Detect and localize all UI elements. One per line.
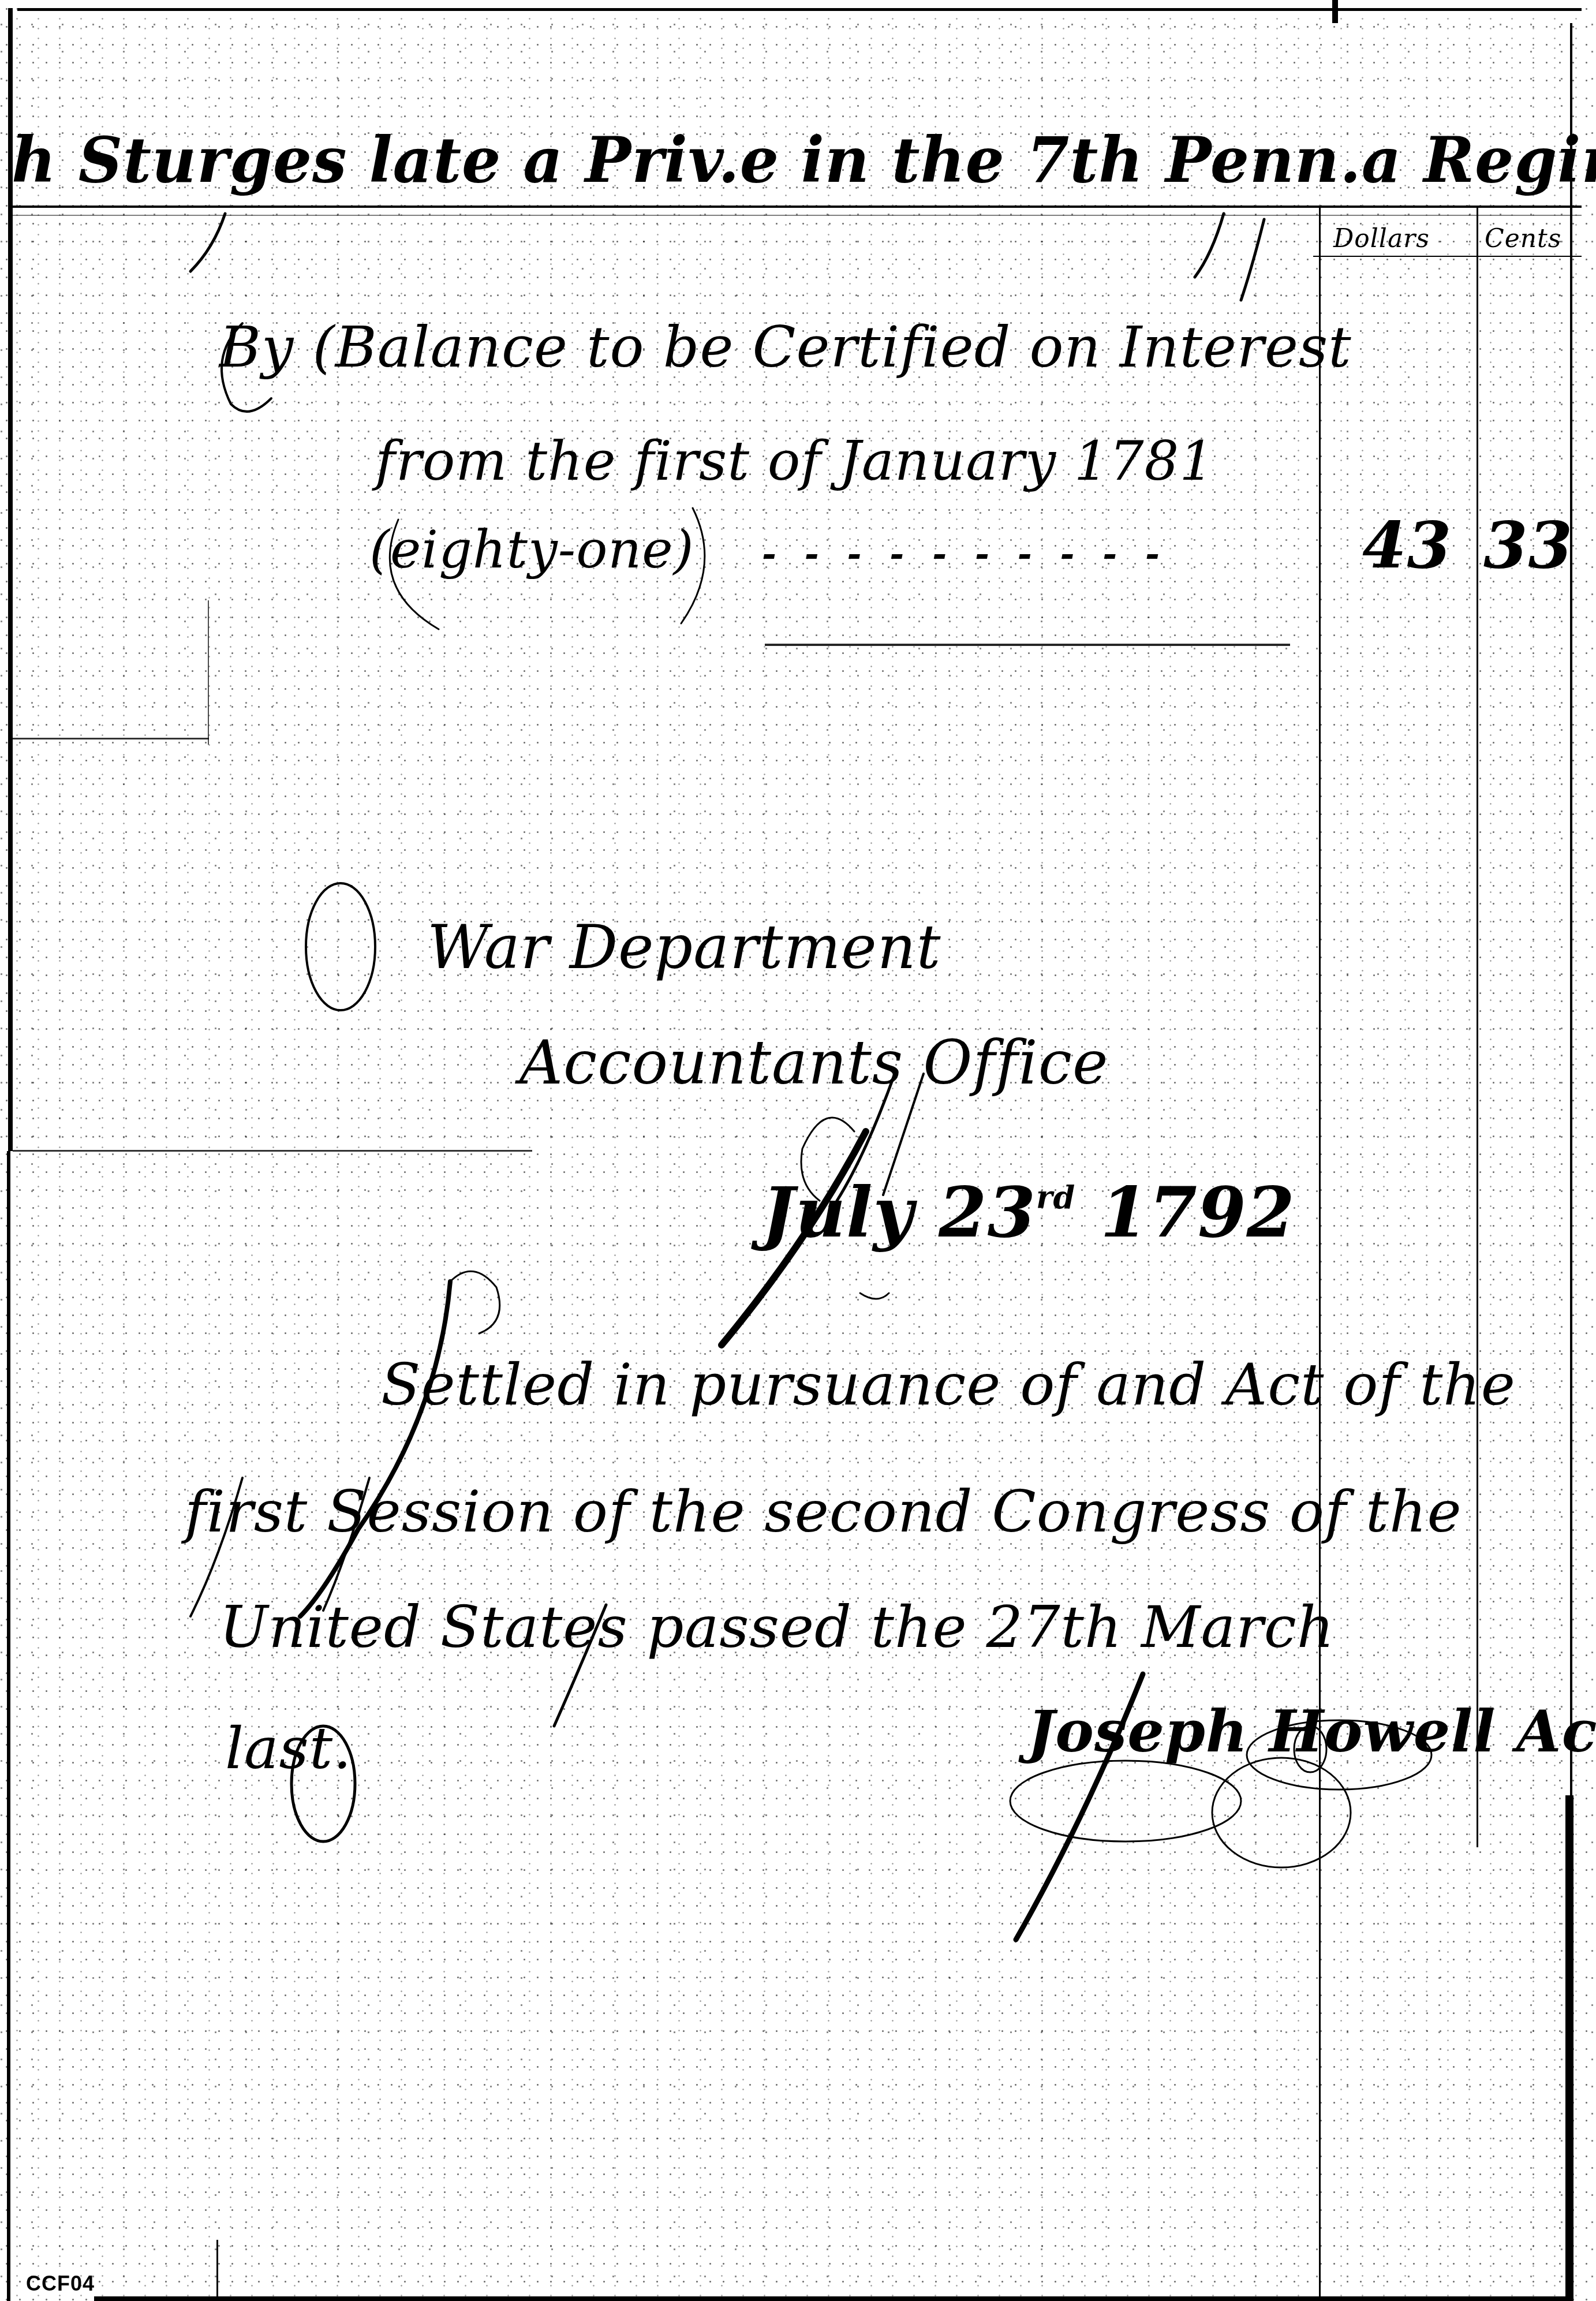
entry-dashes: - - - - - - - - - - (762, 534, 1168, 574)
certification-body-line-4: last. (225, 1714, 352, 1782)
column-divider-cents (1477, 208, 1478, 1847)
right-border-dark-band (1565, 1795, 1573, 2301)
certification-date: July 23rd 1792 (762, 1172, 1295, 1253)
right-border-line (1570, 23, 1572, 1795)
certification-body-line-3: United States passed the 27th March (219, 1593, 1335, 1661)
header-rule-shadow (10, 215, 1582, 216)
entry-line-3: (eighty-one) (369, 520, 694, 580)
entry-closing-rule (765, 644, 1290, 646)
column-header-cents: Cents (1485, 224, 1561, 253)
inner-vertical-line (208, 600, 209, 745)
scan-label: CCF04 (26, 2272, 95, 2296)
entry-line-2: from the first of January 1781 (375, 430, 1214, 493)
column-header-dollars: Dollars (1333, 224, 1430, 253)
date-month-day: July 23 (762, 1172, 1036, 1253)
certification-body-line-1: Settled in pursuance of and Act of the (381, 1351, 1516, 1418)
amount-dollars: 43 (1362, 508, 1452, 582)
date-suffix: rd (1036, 1179, 1075, 1216)
office-heading: Accountants Office (519, 1028, 1108, 1098)
department-heading: War Department (427, 912, 941, 983)
column-divider-dollars (1319, 208, 1321, 2301)
certification-body-line-2: first Session of the second Congress of … (185, 1478, 1462, 1545)
top-tab-mark (1332, 0, 1338, 23)
fold-line-left (13, 1150, 532, 1152)
fold-line-upper-left (13, 738, 209, 739)
entry-line-1: By (Balance to be Certified on Interest (219, 315, 1352, 380)
amount-cents: 33 (1483, 508, 1573, 582)
top-border-line (17, 8, 1582, 11)
column-header-rule (1313, 256, 1582, 257)
bottom-border-line (94, 2296, 1572, 2301)
header-rule (10, 206, 1582, 208)
bottom-tick (216, 2240, 218, 2298)
accountant-signature: Joseph Howell Acc. (1027, 1697, 1596, 1765)
left-border-lower (7, 1151, 10, 2301)
account-header-title: h Sturges late a Priv.e in the 7th Penn.… (12, 124, 1596, 197)
date-year: 1792 (1100, 1172, 1295, 1253)
